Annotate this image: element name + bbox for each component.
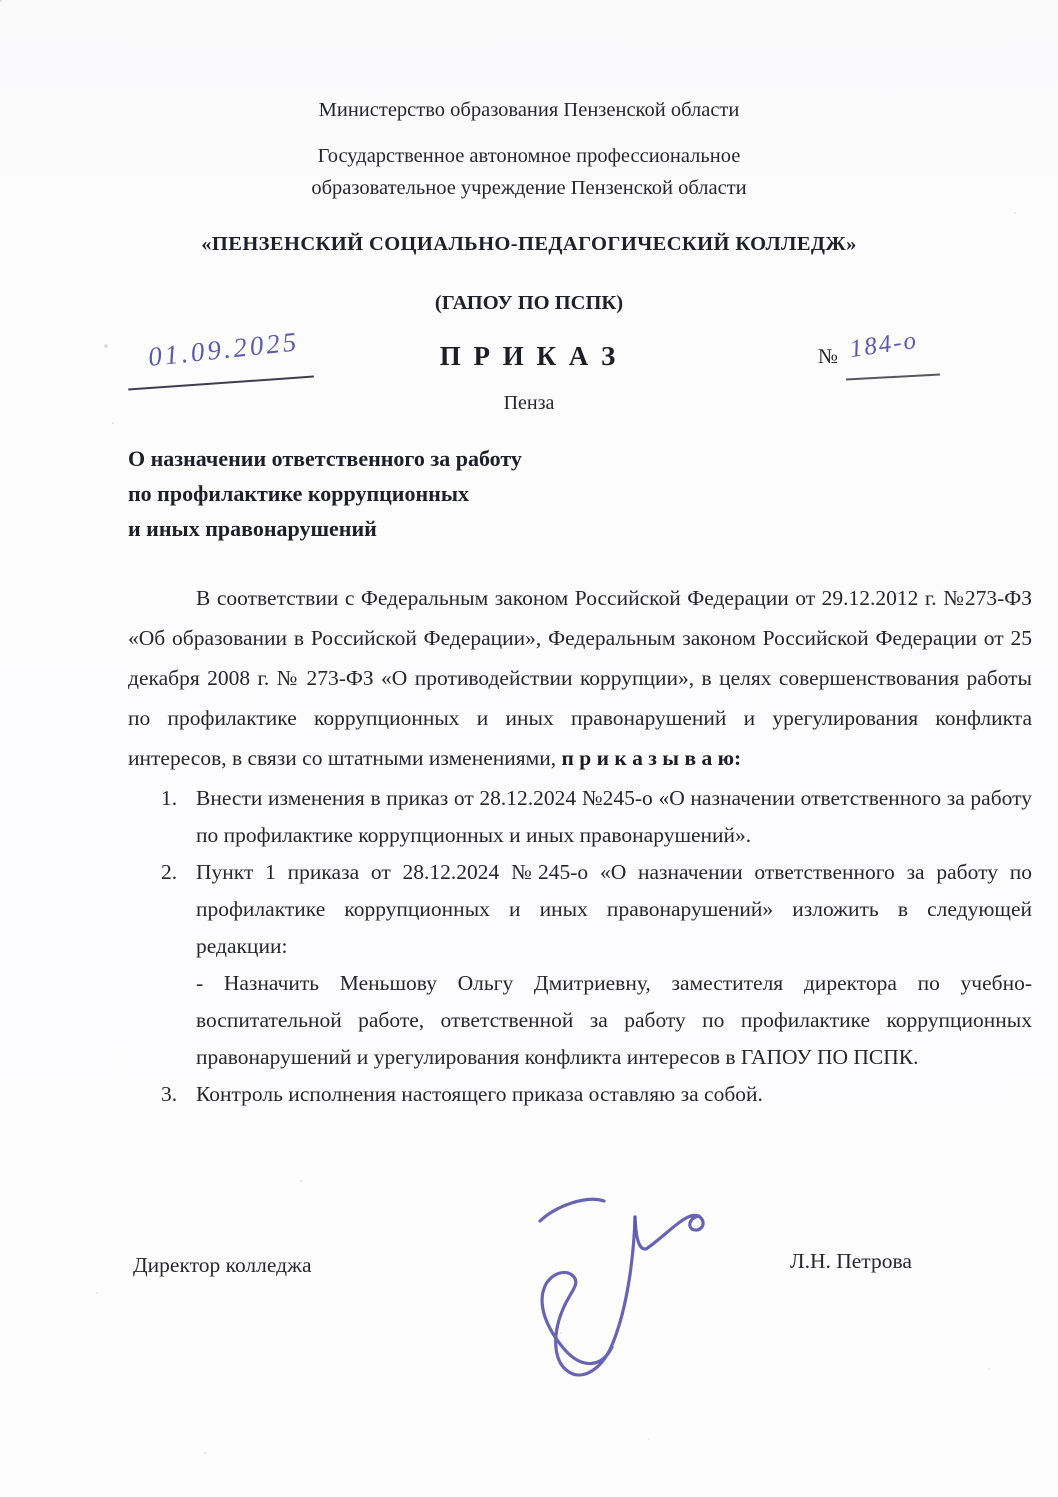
college-abbreviation: (ГАПОУ ПО ПСПК) — [0, 287, 1058, 319]
signature-block: Директор колледжа Л.Н. Петрова — [0, 1173, 1058, 1388]
order-number-label: № — [818, 344, 838, 369]
date-underline — [128, 376, 314, 391]
item-text: Внести изменения в приказ от 28.12.2024 … — [196, 780, 1032, 854]
order-item-3: 3. Контроль исполнения настоящего приказ… — [128, 1076, 1032, 1113]
signer-position: Директор колледжа — [133, 1253, 312, 1278]
city-line: Пенза — [0, 392, 1058, 415]
handwritten-order-number: 184-о — [848, 327, 920, 364]
order-meta-row: 01.09.2025 № 184-о — [0, 336, 1058, 388]
item-number: 2. — [161, 854, 177, 891]
organization-line-2: образовательное учреждение Пензенской об… — [0, 172, 1058, 204]
item-text: Контроль исполнения настоящего приказа о… — [196, 1076, 1032, 1113]
handwritten-signature — [488, 1175, 718, 1390]
scanned-order-document: Министерство образования Пензенской обла… — [0, 0, 1058, 1497]
handwritten-date: 01.09.2025 — [147, 326, 301, 373]
item-subtext: - Назначить Меньшову Ольгу Дмитриевну, з… — [196, 965, 1032, 1076]
order-subject: О назначении ответственного за работу по… — [128, 441, 1032, 546]
order-item-1: 1. Внести изменения в приказ от 28.12.20… — [128, 780, 1032, 854]
subject-line-3: и иных правонарушений — [128, 511, 1032, 546]
item-text: Пункт 1 приказа от 28.12.2024 №245-о «О … — [196, 854, 1032, 965]
signer-name: Л.Н. Петрова — [790, 1249, 912, 1274]
subject-line-2: по профилактике коррупционных — [128, 476, 1032, 511]
organization-line-1: Государственное автономное профессиональ… — [0, 140, 1058, 172]
intro-text: В соответствии с Федеральным законом Рос… — [128, 586, 1032, 770]
order-item-2: 2. Пункт 1 приказа от 28.12.2024 №245-о … — [128, 854, 1032, 1076]
college-name: «ПЕНЗЕНСКИЙ СОЦИАЛЬНО-ПЕДАГОГИЧЕСКИЙ КОЛ… — [0, 228, 1058, 260]
item-number: 3. — [161, 1076, 177, 1113]
order-items: 1. Внести изменения в приказ от 28.12.20… — [128, 780, 1032, 1113]
subject-line-1: О назначении ответственного за работу — [128, 441, 1032, 476]
intro-emphasis: п р и к а з ы в а ю: — [562, 746, 742, 770]
scan-noise — [0, 0, 2, 2]
ministry-line: Министерство образования Пензенской обла… — [0, 94, 1058, 126]
intro-paragraph: В соответствии с Федеральным законом Рос… — [128, 578, 1032, 778]
document-header: Министерство образования Пензенской обла… — [0, 0, 1058, 319]
item-number: 1. — [161, 780, 177, 817]
order-number-underline — [846, 374, 940, 381]
